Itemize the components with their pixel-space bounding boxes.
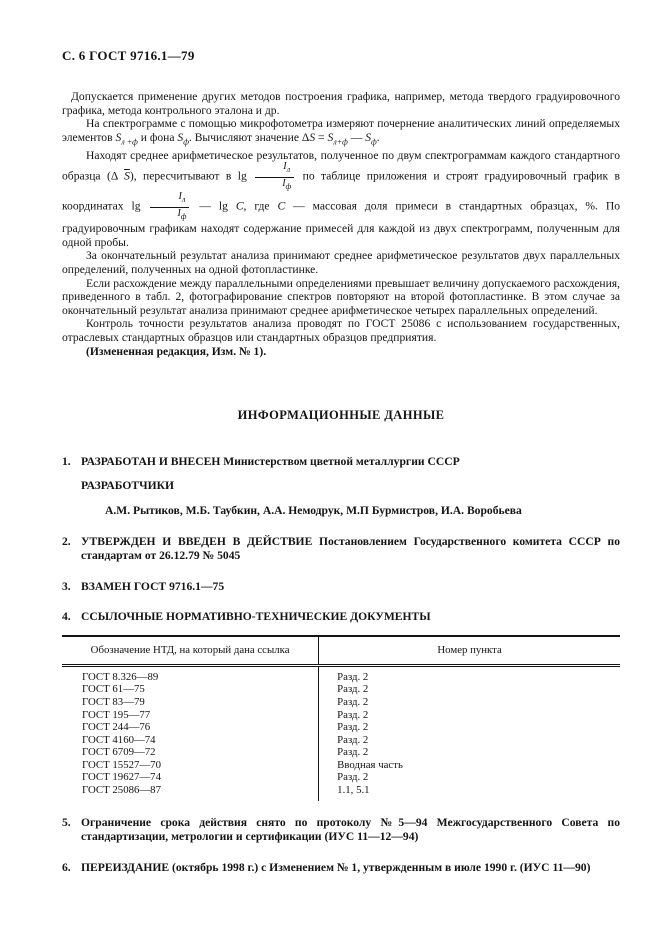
table-row: ГОСТ 83—79Разд. 2	[62, 696, 620, 709]
ntd-cell: ГОСТ 25086—87	[62, 784, 319, 801]
info-item-1: 1. РАЗРАБОТАН И ВНЕСЕН Министерством цве…	[62, 455, 620, 519]
punkt-cell: Разд. 2	[319, 709, 620, 722]
item-number: 1.	[62, 455, 81, 519]
paragraph: За окончательный результат анализа прини…	[62, 249, 620, 276]
ntd-cell: ГОСТ 4160—74	[62, 734, 319, 747]
table-row: ГОСТ 244—76Разд. 2	[62, 721, 620, 734]
punkt-cell: Разд. 2	[319, 696, 620, 709]
paragraph: Если расхождение между параллельными опр…	[62, 277, 620, 318]
item-head: УТВЕРЖДЕН И ВВЕДЕН В ДЕЙСТВИЕ	[81, 535, 319, 548]
punkt-cell: Разд. 2	[319, 665, 620, 683]
table-row: ГОСТ 195—77Разд. 2	[62, 709, 620, 722]
column-header-ntd: Обозначение НТД, на который дана ссылка	[62, 636, 319, 666]
fraction-formula: IлIф	[150, 192, 189, 222]
info-item-5: 5. Ограничение срока действия снято по п…	[62, 816, 620, 845]
info-item-4: 4. ССЫЛОЧНЫЕ НОРМАТИВНО-ТЕХНИЧЕСКИЕ ДОКУ…	[62, 610, 620, 625]
item-number: 5.	[62, 816, 81, 845]
body-text: Допускается применение других методов по…	[62, 90, 620, 358]
developers-names: А.М. Рытиков, М.Б. Таубкин, А.А. Немодру…	[81, 504, 620, 519]
column-header-punkt: Номер пункта	[319, 636, 620, 666]
item-head: ПЕРЕИЗДАНИЕ	[81, 861, 172, 874]
punkt-cell: Разд. 2	[319, 721, 620, 734]
punkt-cell: Разд. 2	[319, 683, 620, 696]
table-row: ГОСТ 19627—74Разд. 2	[62, 771, 620, 784]
amendment-note: (Измененная редакция, Изм. № 1).	[62, 345, 620, 359]
ntd-cell: ГОСТ 61—75	[62, 683, 319, 696]
paragraph-with-formula: Находят среднее арифметическое результат…	[62, 149, 620, 250]
item-number: 4.	[62, 610, 81, 625]
item-text: Ограничение срока действия снято по прот…	[81, 816, 620, 845]
table-row: ГОСТ 4160—74Разд. 2	[62, 734, 620, 747]
document-page: С. 6 ГОСТ 9716.1—79 Допускается применен…	[0, 0, 659, 932]
ntd-cell: ГОСТ 19627—74	[62, 771, 319, 784]
paragraph: Допускается применение других методов по…	[62, 90, 620, 117]
developers-label: РАЗРАБОТЧИКИ	[81, 479, 620, 494]
table-row: ГОСТ 25086—871.1, 5.1	[62, 784, 620, 801]
item-number: 2.	[62, 535, 81, 564]
punkt-cell: 1.1, 5.1	[319, 784, 620, 801]
table-row: ГОСТ 8.326—89Разд. 2	[62, 665, 620, 683]
info-section-title: ИНФОРМАЦИОННЫЕ ДАННЫЕ	[62, 408, 620, 423]
punkt-cell: Разд. 2	[319, 734, 620, 747]
ntd-cell: ГОСТ 6709—72	[62, 746, 319, 759]
ntd-reference-table: Обозначение НТД, на который дана ссылка …	[62, 635, 620, 801]
punkt-cell: Разд. 2	[319, 746, 620, 759]
item-number: 3.	[62, 580, 81, 595]
ntd-cell: ГОСТ 15527—70	[62, 759, 319, 772]
table-row: ГОСТ 15527—70Вводная часть	[62, 759, 620, 772]
info-item-6: 6. ПЕРЕИЗДАНИЕ (октябрь 1998 г.) с Измен…	[62, 861, 620, 876]
paragraph: Контроль точности результатов анализа пр…	[62, 317, 620, 344]
info-item-2: 2. УТВЕРЖДЕН И ВВЕДЕН В ДЕЙСТВИЕ Постано…	[62, 535, 620, 564]
item-text: РАЗРАБОТАН И ВНЕСЕН Министерством цветно…	[81, 455, 620, 519]
ntd-cell: ГОСТ 8.326—89	[62, 665, 319, 683]
fraction-formula: IлIф	[255, 162, 294, 192]
item-number: 6.	[62, 861, 81, 876]
table-body: ГОСТ 8.326—89Разд. 2ГОСТ 61—75Разд. 2ГОС…	[62, 665, 620, 800]
ntd-cell: ГОСТ 83—79	[62, 696, 319, 709]
item-head: РАЗРАБОТАН И ВНЕСЕН	[81, 455, 223, 468]
table-header: Обозначение НТД, на который дана ссылка …	[62, 636, 620, 666]
item-head: ВЗАМЕН ГОСТ 9716.1—75	[81, 580, 620, 595]
ntd-cell: ГОСТ 244—76	[62, 721, 319, 734]
table-row: ГОСТ 61—75Разд. 2	[62, 683, 620, 696]
table-row: ГОСТ 6709—72Разд. 2	[62, 746, 620, 759]
punkt-cell: Вводная часть	[319, 759, 620, 772]
item-rest: Министерством цветной металлургии СССР	[223, 455, 459, 468]
page-header: С. 6 ГОСТ 9716.1—79	[62, 48, 620, 64]
item-rest: (октябрь 1998 г.) с Изменением № 1, утве…	[172, 861, 590, 874]
paragraph-with-formula: На спектрограмме с помощью микрофотометр…	[62, 117, 620, 149]
item-text: ПЕРЕИЗДАНИЕ (октябрь 1998 г.) с Изменени…	[81, 861, 620, 876]
item-head: ССЫЛОЧНЫЕ НОРМАТИВНО-ТЕХНИЧЕСКИЕ ДОКУМЕН…	[81, 610, 620, 625]
item-text: УТВЕРЖДЕН И ВВЕДЕН В ДЕЙСТВИЕ Постановле…	[81, 535, 620, 564]
punkt-cell: Разд. 2	[319, 771, 620, 784]
info-item-3: 3. ВЗАМЕН ГОСТ 9716.1—75	[62, 580, 620, 595]
ntd-cell: ГОСТ 195—77	[62, 709, 319, 722]
table-header-row: Обозначение НТД, на который дана ссылка …	[62, 636, 620, 666]
